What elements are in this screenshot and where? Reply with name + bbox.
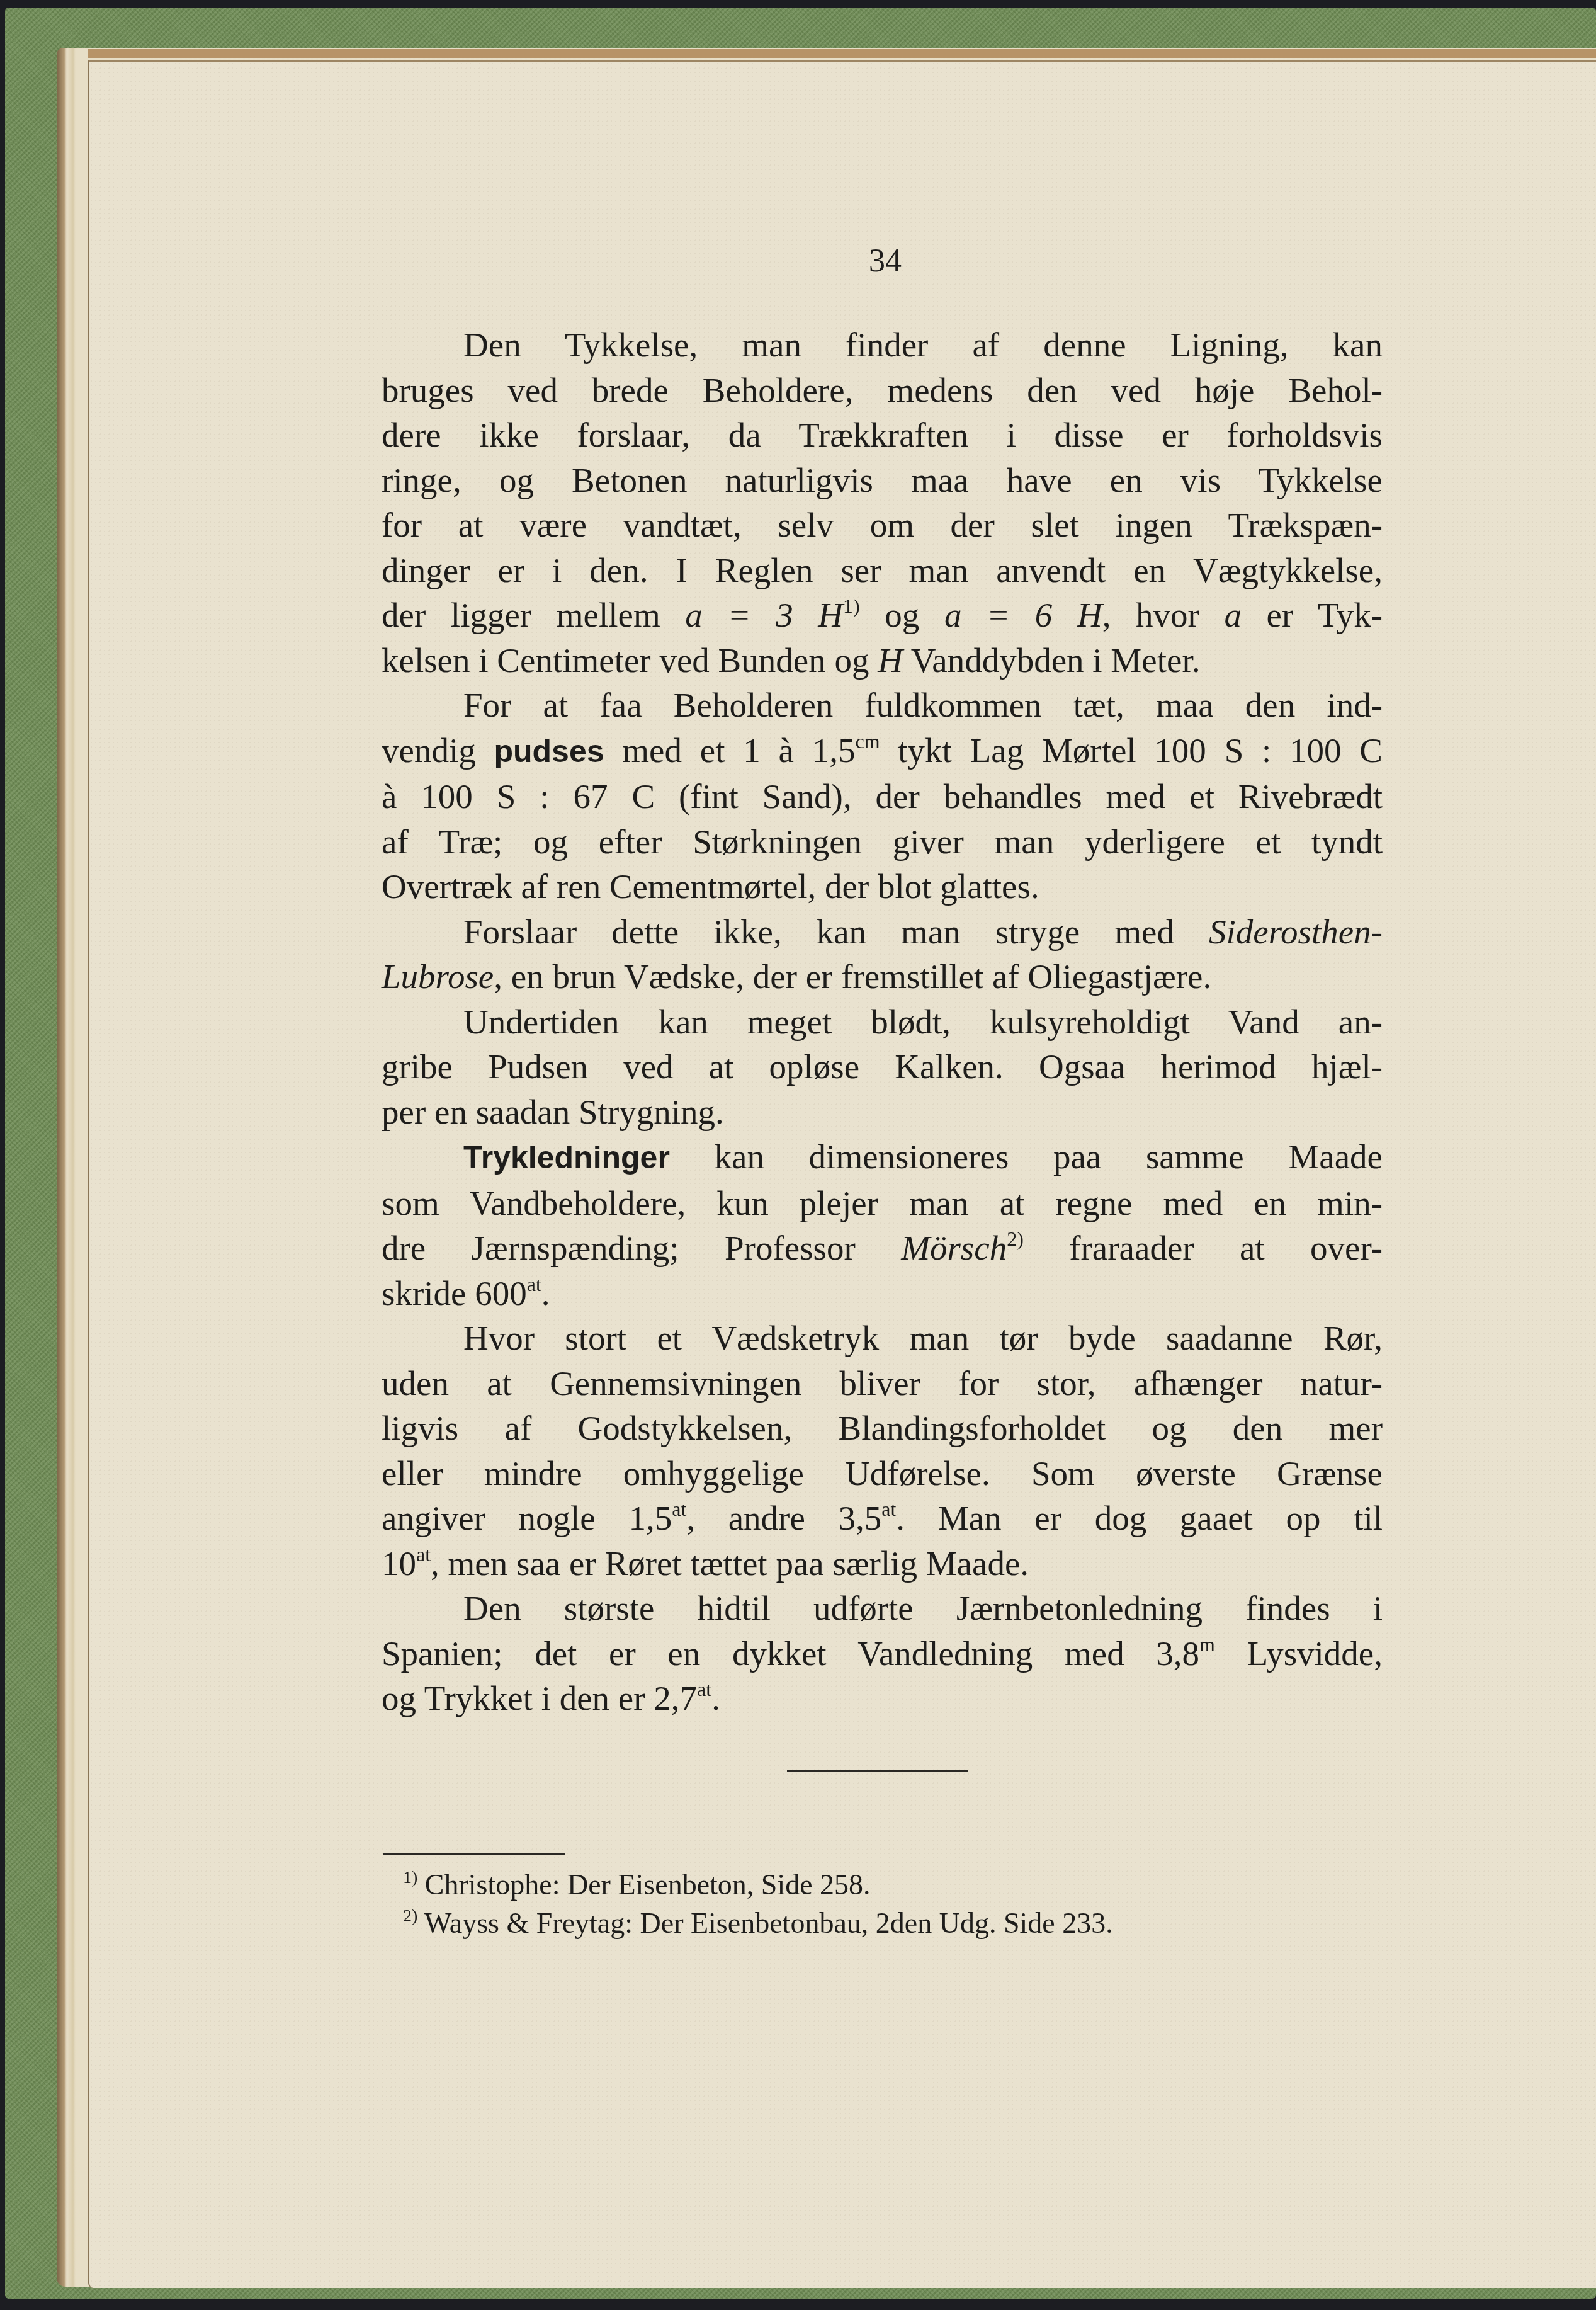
text-line: Trykledninger kan dimensioneres paa samm… <box>382 1134 1383 1181</box>
text-line: Lubrose, en brun Vædske, der er fremstil… <box>300 954 1383 999</box>
section-separator-rule <box>787 1770 968 1772</box>
text-line: eller mindre omhyggelige Udførelse. Som … <box>300 1451 1383 1496</box>
paragraph-5: Trykledninger kan dimensioneres paa samm… <box>382 1134 1383 1316</box>
text-line: vendig pudses med et 1 à 1,5cm tykt Lag … <box>300 728 1383 775</box>
footnote-1: 1) Christophe: Der Eisenbeton, Side 258. <box>403 1865 1385 1904</box>
text-line: gribe Pudsen ved at opløse Kalken. Ogsaa… <box>300 1044 1383 1090</box>
text-line: Overtræk af ren Cementmørtel, der blot g… <box>300 864 1383 909</box>
body-text: Den Tykkelse, man finder af denne Lignin… <box>382 322 1383 1721</box>
text-line: Den Tykkelse, man finder af denne Lignin… <box>382 322 1383 368</box>
page-top-edge <box>88 49 1596 58</box>
paragraph-2: For at faa Beholderen fuldkommen tæt, ma… <box>382 683 1383 909</box>
text-line: som Vandbeholdere, kun plejer man at reg… <box>300 1181 1383 1226</box>
paragraph-4: Undertiden kan meget blødt, kulsyreholdi… <box>382 999 1383 1135</box>
paragraph-3: Forslaar dette ikke, kan man stryge med … <box>382 909 1383 999</box>
equation: a = 6 H <box>944 596 1102 634</box>
text-line: à 100 S : 67 C (fint Sand), der behandle… <box>300 774 1383 819</box>
text-line: Spanien; det er en dykket Vandledning me… <box>300 1631 1383 1676</box>
text-line: Forslaar dette ikke, kan man stryge med … <box>382 909 1383 955</box>
text-line: angiver nogle 1,5at, andre 3,5at. Man er… <box>300 1496 1383 1541</box>
text-line: af Træ; og efter Størkningen giver man y… <box>300 819 1383 865</box>
text-line: 10at, men saa er Røret tættet paa særlig… <box>300 1541 1383 1586</box>
footnote-ref-2[interactable]: 2) <box>1007 1227 1024 1250</box>
text-line: For at faa Beholderen fuldkommen tæt, ma… <box>382 683 1383 728</box>
footnote-marker: 2) <box>403 1906 417 1926</box>
footnote-marker: 1) <box>403 1868 417 1887</box>
bold-term: pudses <box>494 734 604 769</box>
text-line: ringe, og Betonen naturligvis maa have e… <box>300 458 1383 503</box>
footnote-ref-1[interactable]: 1) <box>843 595 860 617</box>
text-line: der ligger mellem a = 3 H1) og a = 6 H, … <box>300 593 1383 638</box>
footnotes: 1) Christophe: Der Eisenbeton, Side 258.… <box>403 1865 1385 1942</box>
text-line: for at være vandtæt, selv om der slet in… <box>300 503 1383 548</box>
bold-term: Trykledninger <box>463 1140 670 1175</box>
equation: a = 3 H <box>685 596 843 634</box>
text-line: Den største hidtil udførte Jærnbetonledn… <box>382 1586 1383 1631</box>
italic-term: Lubrose <box>382 957 494 996</box>
text-line: kelsen i Centimeter ved Bunden og H Vand… <box>300 638 1383 683</box>
italic-term: Mörsch <box>901 1229 1007 1267</box>
footnote-2: 2) Wayss & Freytag: Der Eisenbetonbau, 2… <box>403 1904 1385 1942</box>
text-line: dere ikke forslaar, da Trækkraften i dis… <box>300 412 1383 458</box>
text-line: bruges ved brede Beholdere, medens den v… <box>300 368 1383 413</box>
italic-term: Siderosthen- <box>1209 913 1383 951</box>
text-line: skride 600at. <box>300 1271 1383 1316</box>
paragraph-7: Den største hidtil udførte Jærnbetonledn… <box>382 1586 1383 1721</box>
footnote-rule <box>383 1853 565 1855</box>
text-line: uden at Gennemsivningen bliver for stor,… <box>300 1361 1383 1406</box>
page-number: 34 <box>869 242 902 280</box>
text-line: dinger er i den. I Reglen ser man anvend… <box>300 548 1383 593</box>
text-line: og Trykket i den er 2,7at. <box>300 1676 1383 1721</box>
text-line: dre Jærnspænding; Professor Mörsch2) fra… <box>300 1226 1383 1271</box>
text-line: per en saadan Strygning. <box>300 1090 1383 1135</box>
paragraph-1: Den Tykkelse, man finder af denne Lignin… <box>382 322 1383 683</box>
paragraph-6: Hvor stort et Vædsketryk man tør byde sa… <box>382 1316 1383 1586</box>
text-line: Undertiden kan meget blødt, kulsyreholdi… <box>382 999 1383 1045</box>
text-line: ligvis af Godstykkelsen, Blandingsforhol… <box>300 1406 1383 1451</box>
text-line: Hvor stort et Vædsketryk man tør byde sa… <box>382 1316 1383 1361</box>
